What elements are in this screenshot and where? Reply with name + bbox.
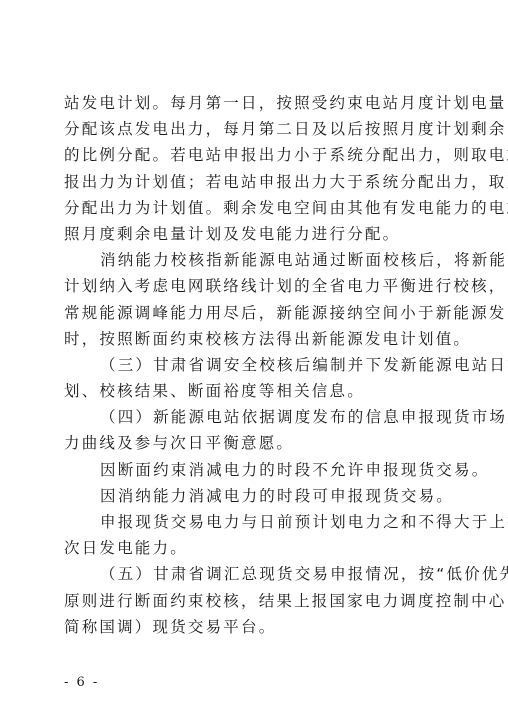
text-line: 因断面约束消减电力的时段不允许申报现货交易。 <box>64 457 444 483</box>
text-line: 划、校核结果、断面裕度等相关信息。 <box>64 378 444 404</box>
text-line: （四）新能源电站依据调度发布的信息申报现货市场交易电 <box>64 404 444 430</box>
text-line: 的比例分配。若电站申报出力小于系统分配出力，则取电站申 <box>64 142 444 168</box>
paragraph-allocation: 站发电计划。每月第一日，按照受约束电站月度计划电量比例 分配该点发电出力，每月第… <box>64 90 444 247</box>
text-line: 站发电计划。每月第一日，按照受约束电站月度计划电量比例 <box>64 90 444 116</box>
text-line: 分配该点发电出力，每月第二日及以后按照月度计划剩余电量 <box>64 116 444 142</box>
paragraph-item-3: （三）甘肃省调安全校核后编制并下发新能源电站日前预计 划、校核结果、断面裕度等相… <box>64 352 444 404</box>
document-page: 站发电计划。每月第一日，按照受约束电站月度计划电量比例 分配该点发电出力，每月第… <box>64 90 444 640</box>
paragraph-item-5: （五）甘肃省调汇总现货交易申报情况，按“低价优先”的 原则进行断面约束校核，结果… <box>64 561 444 640</box>
text-line: 因消纳能力消减电力的时段可申报现货交易。 <box>64 483 444 509</box>
text-line: 计划纳入考虑电网联络线计划的全省电力平衡进行校核，当全省 <box>64 273 444 299</box>
text-line: （三）甘肃省调安全校核后编制并下发新能源电站日前预计 <box>64 352 444 378</box>
text-line: 报出力为计划值；若电站申报出力大于系统分配出力，取系统 <box>64 169 444 195</box>
text-line: 分配出力为计划值。剩余发电空间由其他有发电能力的电站按 <box>64 195 444 221</box>
paragraph-section-constraint: 因断面约束消减电力的时段不允许申报现货交易。 <box>64 457 444 483</box>
text-line: 力曲线及参与次日平衡意愿。 <box>64 430 444 456</box>
page-number: - 6 - <box>64 675 99 690</box>
text-line: 消纳能力校核指新能源电站通过断面校核后，将新能源发电 <box>64 247 444 273</box>
text-line: 简称国调）现货交易平台。 <box>64 614 444 640</box>
paragraph-consumption-curtail: 因消纳能力消减电力的时段可申报现货交易。 <box>64 483 444 509</box>
text-line: 申报现货交易电力与日前预计划电力之和不得大于上报的 <box>64 509 444 535</box>
paragraph-item-4: （四）新能源电站依据调度发布的信息申报现货市场交易电 力曲线及参与次日平衡意愿。 <box>64 404 444 456</box>
paragraph-consumption-check: 消纳能力校核指新能源电站通过断面校核后，将新能源发电 计划纳入考虑电网联络线计划… <box>64 247 444 352</box>
text-line: 原则进行断面约束校核，结果上报国家电力调度控制中心（以下 <box>64 588 444 614</box>
text-line: 次日发电能力。 <box>64 535 444 561</box>
text-line: 常规能源调峰能力用尽后，新能源接纳空间小于新能源发电空间 <box>64 300 444 326</box>
text-line: 照月度剩余电量计划及发电能力进行分配。 <box>64 221 444 247</box>
text-line: （五）甘肃省调汇总现货交易申报情况，按“低价优先”的 <box>64 561 444 587</box>
paragraph-declared-limit: 申报现货交易电力与日前预计划电力之和不得大于上报的 次日发电能力。 <box>64 509 444 561</box>
text-line: 时，按照断面约束校核方法得出新能源发电计划值。 <box>64 326 444 352</box>
